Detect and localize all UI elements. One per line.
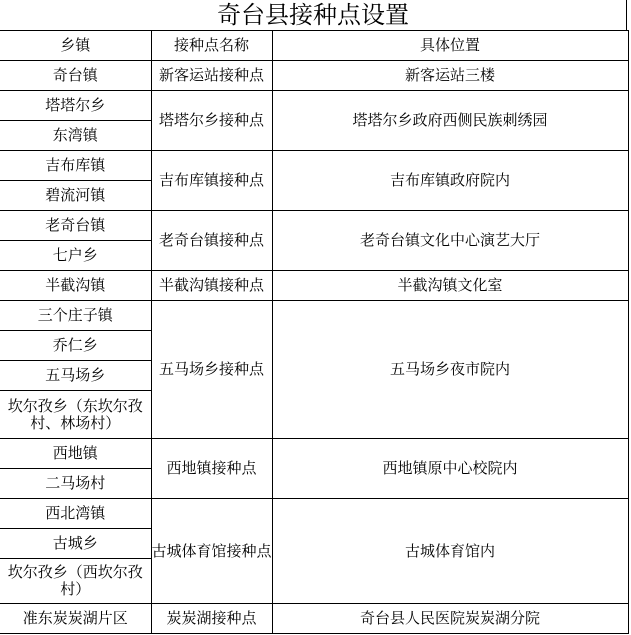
site-name-cell: 半截沟镇接种点: [151, 271, 272, 301]
site-name-cell: 老奇台镇接种点: [151, 211, 272, 271]
township-cell: 吉布库镇: [0, 151, 151, 181]
page-title: 奇台县接种点设置: [0, 0, 627, 30]
table-row: 半截沟镇 半截沟镇接种点 半截沟镇文化室: [0, 271, 628, 301]
site-name-cell: 炭炭湖接种点: [151, 604, 272, 634]
township-cell: 七户乡: [0, 241, 151, 271]
township-cell: 老奇台镇: [0, 211, 151, 241]
header-site-name: 接种点名称: [151, 31, 272, 61]
location-cell: 古城体育馆内: [272, 499, 628, 604]
table-row: 老奇台镇 老奇台镇接种点 老奇台镇文化中心演艺大厅: [0, 211, 628, 241]
township-cell: 坎尔孜乡（东坎尔孜村、林场村）: [0, 391, 151, 439]
site-name-cell: 吉布库镇接种点: [151, 151, 272, 211]
site-name-cell: 五马场乡接种点: [151, 301, 272, 439]
township-cell: 西北湾镇: [0, 499, 151, 529]
location-cell: 奇台县人民医院炭炭湖分院: [272, 604, 628, 634]
township-cell: 五马场乡: [0, 361, 151, 391]
header-township: 乡镇: [0, 31, 151, 61]
table-row: 西北湾镇 古城体育馆接种点 古城体育馆内: [0, 499, 628, 529]
location-cell: 西地镇原中心校院内: [272, 439, 628, 499]
township-cell: 半截沟镇: [0, 271, 151, 301]
site-name-cell: 古城体育馆接种点: [151, 499, 272, 604]
township-cell: 三个庄子镇: [0, 301, 151, 331]
table-row: 西地镇 西地镇接种点 西地镇原中心校院内: [0, 439, 628, 469]
location-cell: 吉布库镇政府院内: [272, 151, 628, 211]
table-row: 三个庄子镇 五马场乡接种点 五马场乡夜市院内: [0, 301, 628, 331]
location-cell: 半截沟镇文化室: [272, 271, 628, 301]
township-cell: 塔塔尔乡: [0, 91, 151, 121]
site-name-cell: 新客运站接种点: [151, 61, 272, 91]
township-cell: 东湾镇: [0, 121, 151, 151]
location-cell: 塔塔尔乡政府西侧民族刺绣园: [272, 91, 628, 151]
site-name-cell: 西地镇接种点: [151, 439, 272, 499]
township-cell: 古城乡: [0, 529, 151, 559]
township-cell: 奇台镇: [0, 61, 151, 91]
township-cell: 碧流河镇: [0, 181, 151, 211]
table-row: 塔塔尔乡 塔塔尔乡接种点 塔塔尔乡政府西侧民族刺绣园: [0, 91, 628, 121]
location-cell: 五马场乡夜市院内: [272, 301, 628, 439]
township-cell: 西地镇: [0, 439, 151, 469]
header-location: 具体位置: [272, 31, 628, 61]
header-row: 乡镇 接种点名称 具体位置: [0, 31, 628, 61]
vaccination-sites-table: 乡镇 接种点名称 具体位置 奇台镇 新客运站接种点 新客运站三楼 塔塔尔乡 塔塔…: [0, 30, 629, 634]
township-cell: 乔仁乡: [0, 331, 151, 361]
township-cell: 准东炭炭湖片区: [0, 604, 151, 634]
site-name-cell: 塔塔尔乡接种点: [151, 91, 272, 151]
table-row: 准东炭炭湖片区 炭炭湖接种点 奇台县人民医院炭炭湖分院: [0, 604, 628, 634]
table-row: 吉布库镇 吉布库镇接种点 吉布库镇政府院内: [0, 151, 628, 181]
location-cell: 新客运站三楼: [272, 61, 628, 91]
location-cell: 老奇台镇文化中心演艺大厅: [272, 211, 628, 271]
table-row: 奇台镇 新客运站接种点 新客运站三楼: [0, 61, 628, 91]
township-cell: 坎尔孜乡（西坎尔孜村）: [0, 559, 151, 604]
township-cell: 二马场村: [0, 469, 151, 499]
